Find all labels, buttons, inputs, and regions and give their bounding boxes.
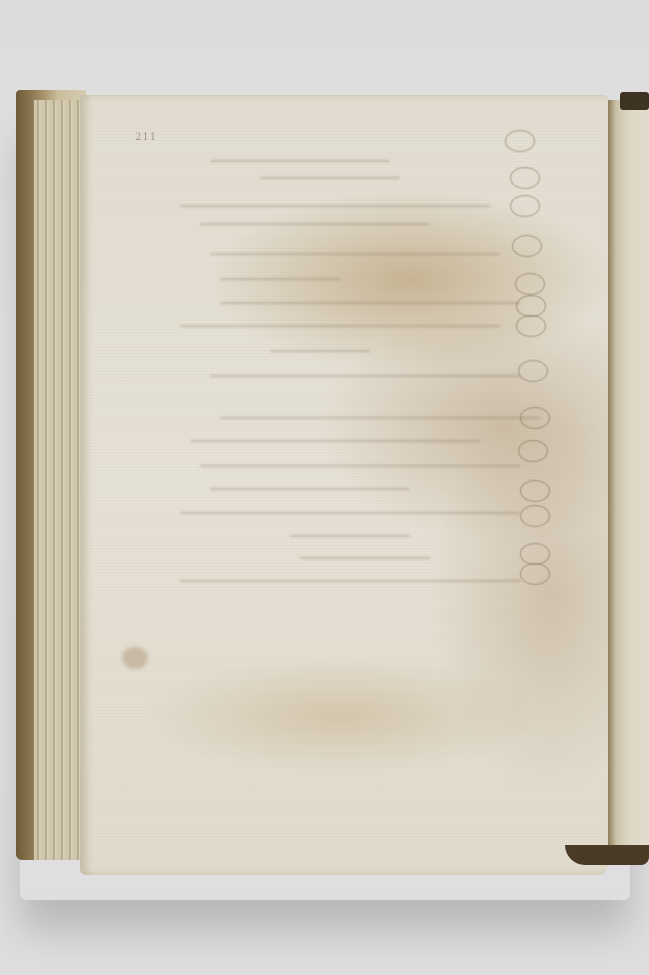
right-page-edge [608,100,649,850]
page-number: 211 [135,132,157,143]
page-block-edge [34,100,84,860]
stain-spot [122,647,148,669]
right-cover-corner-bottom [565,845,649,865]
right-cover-corner-top [620,92,649,110]
manuscript-page: 211 [80,95,608,875]
